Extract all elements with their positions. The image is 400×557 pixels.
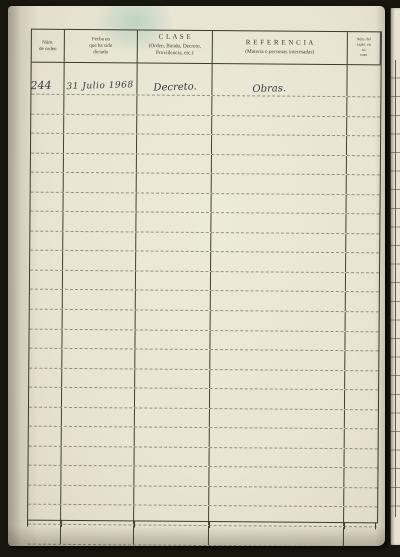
table-row	[29, 427, 378, 449]
table-cell	[62, 349, 135, 368]
table-cell	[345, 332, 378, 351]
handwritten-date: 31 Julio 1968	[67, 80, 134, 92]
cell-clase: Decreto.	[137, 63, 212, 95]
table-cell	[64, 173, 137, 192]
table-cell	[31, 153, 64, 172]
table-cell	[137, 95, 212, 114]
header-title: R E F E R E N C I A	[213, 38, 347, 48]
table-cell	[61, 486, 134, 505]
table-row	[28, 525, 377, 546]
column-line-tail	[61, 520, 62, 527]
table-cell	[31, 95, 64, 114]
table-cell	[31, 192, 64, 211]
table-cell	[209, 487, 344, 507]
table-cell	[211, 213, 346, 233]
table-cell	[210, 350, 345, 370]
table-cell	[63, 251, 136, 270]
header-line: Providencia, etc.)	[147, 49, 203, 56]
table-cell	[136, 213, 211, 232]
table-cell	[31, 173, 64, 192]
header-line: dictado	[75, 49, 127, 56]
table-row	[29, 446, 378, 468]
table-cell	[137, 193, 212, 212]
table-cell	[31, 114, 64, 133]
table-cell	[135, 350, 210, 369]
table-cell	[64, 193, 137, 212]
table-row	[28, 486, 377, 508]
table-cell	[346, 273, 379, 292]
table-cell	[28, 486, 61, 505]
table-cell	[63, 212, 136, 231]
table-cell	[30, 290, 63, 309]
table-cell	[347, 136, 380, 155]
adjacent-page-edge	[390, 8, 400, 545]
cell-referencia: Obras.	[212, 64, 347, 96]
table-cell	[210, 409, 345, 429]
table-cell	[30, 212, 63, 231]
table-cell	[61, 505, 134, 524]
table-cell	[29, 368, 62, 387]
table-cell	[30, 310, 63, 329]
table-cell	[345, 449, 378, 468]
table-cell	[29, 407, 62, 426]
table-cell	[211, 233, 346, 253]
table-row	[30, 251, 379, 273]
table-header-row: Núm. de orden Fecha en que ha sido dicta…	[32, 30, 381, 66]
table-cell	[345, 429, 378, 448]
table-row	[30, 231, 379, 253]
table-cell	[136, 291, 211, 310]
table-cell	[135, 369, 210, 388]
handwritten-clase: Decreto.	[153, 81, 211, 94]
handwritten-entry-number: 244	[31, 78, 63, 92]
table-cell	[134, 506, 209, 525]
table-cell	[344, 488, 377, 507]
table-cell	[345, 410, 378, 429]
table-cell	[28, 505, 61, 524]
table-cell	[345, 390, 378, 409]
table-cell	[63, 271, 136, 290]
column-header-expediente: Núm. del expte. en su caso	[348, 32, 381, 64]
table-cell	[346, 214, 379, 233]
table-cell	[210, 389, 345, 409]
table-row	[30, 290, 379, 312]
table-cell	[62, 427, 135, 446]
column-line-tail	[344, 522, 345, 529]
table-cell	[61, 466, 134, 485]
table-cell	[209, 507, 344, 527]
table-cell	[29, 388, 62, 407]
cell-num: 244	[31, 63, 64, 94]
table-cell	[63, 310, 136, 329]
table-cell	[137, 135, 212, 154]
table-cell	[63, 290, 136, 309]
table-cell	[29, 446, 62, 465]
cell-fecha: 31 Julio 1968	[64, 63, 137, 95]
table-cell	[31, 134, 64, 153]
handwritten-referencia: Obras.	[252, 81, 346, 95]
table-row-entry: 244 31 Julio 1968 Decreto. Obras.	[31, 63, 380, 98]
table-cell	[30, 231, 63, 250]
table-cell	[210, 331, 345, 351]
table-cell	[28, 525, 61, 544]
table-row	[29, 407, 378, 429]
table-cell	[346, 195, 379, 214]
table-cell	[136, 232, 211, 251]
table-cell	[62, 447, 135, 466]
table-cell	[136, 271, 211, 290]
table-cell	[135, 428, 210, 447]
table-cell	[347, 175, 380, 194]
table-cell	[63, 232, 136, 251]
header-line: (Materia o personas interesadas)	[229, 48, 331, 55]
table-row	[28, 505, 377, 527]
table-cell	[346, 234, 379, 253]
column-line-tail	[375, 522, 376, 529]
table-cell	[347, 117, 380, 136]
table-cell	[64, 134, 137, 153]
table-cell	[211, 311, 346, 331]
table-cell	[344, 527, 377, 546]
column-header-referencia: R E F E R E N C I A (Materia o personas …	[213, 31, 348, 64]
table-row	[29, 388, 378, 410]
table-cell	[134, 525, 209, 544]
table-row	[28, 466, 377, 488]
table-cell	[62, 329, 135, 348]
table-cell	[136, 252, 211, 271]
table-cell	[137, 174, 212, 193]
header-line: caso	[354, 53, 373, 58]
registry-page: Núm. de orden Fecha en que ha sido dicta…	[8, 6, 385, 546]
table-cell	[135, 389, 210, 408]
table-cell	[134, 486, 209, 505]
table-cell	[29, 427, 62, 446]
table-cell	[62, 369, 135, 388]
table-cell	[62, 388, 135, 407]
table-cell	[211, 252, 346, 272]
table-row	[31, 153, 380, 175]
table-cell	[62, 408, 135, 427]
table-row	[30, 310, 379, 332]
table-cell	[64, 95, 137, 114]
column-header-num-orden: Núm. de orden	[32, 30, 65, 62]
table-cell	[29, 349, 62, 368]
table-row	[31, 173, 380, 195]
column-line-tail	[209, 521, 210, 528]
table-cell	[137, 154, 212, 173]
table-row	[31, 95, 380, 117]
table-cell	[30, 271, 63, 290]
scanned-book-spread: Núm. de orden Fecha en que ha sido dicta…	[0, 0, 400, 557]
registry-table: Núm. de orden Fecha en que ha sido dicta…	[27, 29, 382, 524]
cell-expediente	[347, 65, 380, 96]
table-cell	[212, 155, 347, 175]
table-cell	[30, 251, 63, 270]
table-cell	[209, 467, 344, 487]
table-cell	[212, 194, 347, 214]
table-cell	[211, 292, 346, 312]
column-line-tail	[134, 520, 135, 527]
header-title: C L A S E	[138, 33, 212, 43]
column-header-clase: C L A S E (Orden, Bando, Decreto, Provid…	[138, 30, 213, 63]
table-cell	[64, 154, 137, 173]
table-row	[30, 192, 379, 214]
table-cell	[210, 428, 345, 448]
table-cell	[345, 371, 378, 390]
column-header-fecha: Fecha en que ha sido dictado	[65, 30, 138, 63]
table-cell	[346, 293, 379, 312]
table-cell	[212, 135, 347, 155]
table-cell	[344, 508, 377, 527]
table-row	[31, 134, 380, 156]
table-row	[29, 368, 378, 390]
table-cell	[212, 116, 347, 136]
table-cell	[61, 525, 134, 544]
table-cell	[134, 467, 209, 486]
table-row	[31, 114, 380, 136]
table-cell	[29, 329, 62, 348]
table-cell	[209, 526, 344, 546]
header-line: de orden	[36, 46, 59, 53]
table-cell	[28, 466, 61, 485]
table-cell	[347, 156, 380, 175]
table-cell	[137, 115, 212, 134]
adjacent-page-ruling	[391, 60, 400, 517]
table-cell	[212, 174, 347, 194]
table-cell	[135, 330, 210, 349]
table-cell	[212, 96, 347, 116]
table-cell	[136, 310, 211, 329]
table-row	[29, 349, 378, 371]
table-cell	[210, 448, 345, 468]
table-row	[30, 212, 379, 234]
table-cell	[135, 408, 210, 427]
table-row	[29, 329, 378, 351]
table-body: 244 31 Julio 1968 Decreto. Obras.	[28, 63, 381, 546]
table-cell	[346, 253, 379, 272]
column-line-tail	[27, 520, 28, 527]
table-cell	[210, 370, 345, 390]
table-cell	[211, 272, 346, 292]
table-cell	[64, 114, 137, 133]
table-cell	[346, 312, 379, 331]
table-cell	[347, 97, 380, 116]
table-row	[30, 271, 379, 293]
table-cell	[344, 468, 377, 487]
table-cell	[135, 447, 210, 466]
table-cell	[345, 351, 378, 370]
